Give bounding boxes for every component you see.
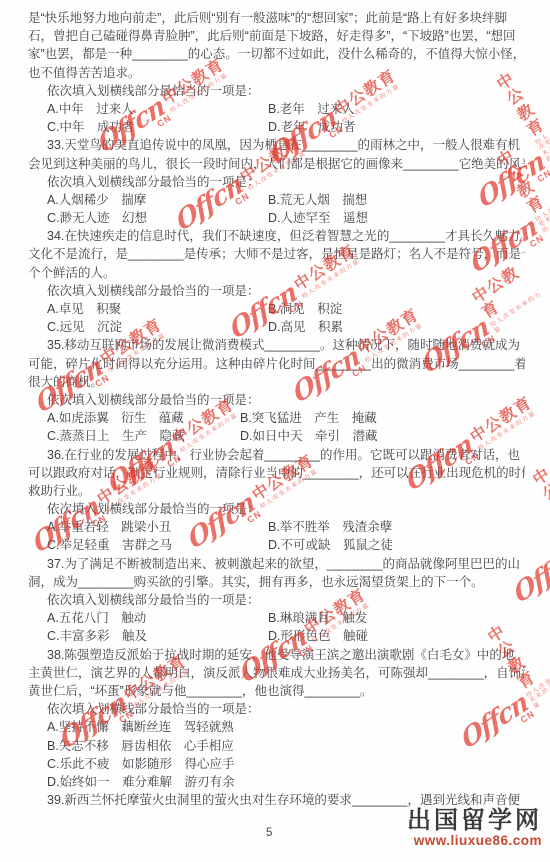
question-32-block: 是“快乐地努力地向前走”，此后则“别有一般滋味”的“想回家”；此前是“路上有好多… [28,9,525,136]
answer-option-b: B.矢志不移 唇齿相依 心手相应 [47,739,234,753]
stem-line: 文化不是流行，是________是传承；大师不是过客，是恒星是路灯；名人不是符号… [28,245,525,263]
site-logo: 出国留学网 www.liuxue86.com [407,809,542,848]
stem-line: 37.为了满足不断被制造出来、被刺激起来的欲望，________的商品就像阿里巴… [28,555,525,573]
answer-option-a: A.举重若轻 跳梁小丑 [47,518,268,536]
stem-line: 可能，碎片化时间得以充分运用。这种由碎片化时间________出的微消费市场__… [28,355,525,373]
page-number: 5 [266,827,272,839]
answer-option-c: C.乐此不疲 如影随形 得心应手 [47,757,235,771]
question-prompt: 依次填入划横线部分最恰当的一项是： [28,391,525,409]
stem-line: 35.移动互联网市场的发展让微消费模式________。这种情况下，随时随地消费… [28,336,525,354]
answer-option-b: B.琳琅满目 触发 [268,609,367,627]
answer-option-a: A.坚持不懈 藕断丝连 驾轻就熟 [47,720,234,734]
answer-option-c: C.中年 成功者 [47,118,268,136]
stem-line: 家”也罢，都是一种________的心态。一切都不过如此，没什么稀奇的，不值得大… [28,45,525,63]
stem-line: 会见到这种美丽的鸟儿，很长一段时间内，人们都是根据它的画像来________它绝… [28,155,525,173]
question-35-block: 35.移动互联网市场的发展让微消费模式________。这种情况下，随时随地消费… [28,336,525,445]
stem-line: 救助行业。 [28,482,525,500]
stem-line: 也不值得苦苦追求。 [28,64,525,82]
answer-option-a: A.如虎添翼 衍生 蕴藏 [47,409,240,427]
answer-option-d: D.始终如一 难分难解 游刃有余 [47,775,235,789]
question-prompt: 依次填入划横线部分最恰当的一项是： [28,591,525,609]
stem-line: 洞，成为________购买欲的引擎。其实，拥有再多，也永远渴望货架上的下一个。 [28,573,525,591]
stem-line: 33.天堂鸟的美直追传说中的凤凰，因为栖息在________的雨林之中，一般人很… [28,136,525,154]
stem-line: 38.陈强塑造反派始于抗战时期的延安，他受导演王滨之邀出演歌剧《白毛女》中的地 [28,646,525,664]
question-prompt: 依次填入划横线部分最恰当的一项是： [28,700,525,718]
watermark-brand-text: 中公教育 [530,465,550,536]
stem-line: 36.在行业的发展过程中，行业协会起着________的作用。它既可以跟消费者对… [28,446,525,464]
answer-option-d: D.人迹罕至 遥想 [268,209,368,227]
question-prompt: 依次填入划横线部分最恰当的一项是： [28,282,525,300]
watermark-slogan-text: 给人改变未来的力量 [525,675,550,711]
watermark-slogan-text: 给人改变未来的力量 [534,130,550,170]
answer-option-d: D.如日中天 牵引 潜藏 [240,427,378,445]
exam-text-content: 是“快乐地努力地向前走”，此后则“别有一般滋味”的“想回家”；此前是“路上有好多… [28,9,525,809]
answer-option-b: B.老年 过来人 [268,100,355,118]
answer-option-b: B.荒无人烟 揣想 [268,191,367,209]
stem-line: 34.在快速疾走的信息时代，我们不缺速度，但泛着智慧之光的________才具长… [28,227,525,245]
stem-line: 很大的商机。 [28,373,525,391]
answer-option-b: B.举不胜举 残渣余孽 [268,518,392,536]
question-36-block: 36.在行业的发展过程中，行业协会起着________的作用。它既可以跟消费者对… [28,446,525,555]
offcn-logo-cn: CN [536,168,550,184]
site-logo-url: www.liuxue86.com [407,834,542,848]
stem-line: 黄世仁后，“坏蛋”形象就与他________，他也演得________。 [28,682,525,700]
answer-option-d: D.不可或缺 狐鼠之徒 [268,536,393,554]
question-stem: 34.在快速疾走的信息时代，我们不缺速度，但泛着智慧之光的________才具长… [28,227,525,282]
question-prompt: 依次填入划横线部分最恰当的一项是： [28,500,525,518]
question-stem: 35.移动互联网市场的发展让微消费模式________。这种情况下，随时随地消费… [28,336,525,391]
question-prompt: 依次填入划横线部分最恰当的一项是： [28,82,525,100]
answer-option-c: C.渺无人迹 幻想 [47,209,268,227]
answer-option-d: D.老年 成功者 [268,118,356,136]
site-logo-name: 出国留学网 [407,809,542,833]
answer-option-d: D.高见 积累 [268,318,343,336]
question-stem: 37.为了满足不断被制造出来、被刺激起来的欲望，________的商品就像阿里巴… [28,555,525,591]
question-stem: 33.天堂鸟的美直追传说中的凤凰，因为栖息在________的雨林之中，一般人很… [28,136,525,172]
question-stem: 36.在行业的发展过程中，行业协会起着________的作用。它既可以跟消费者对… [28,446,525,501]
question-stem: 是“快乐地努力地向前走”，此后则“别有一般滋味”的“想回家”；此前是“路上有好多… [28,9,525,82]
answer-option-a: A.人烟稀少 揣摩 [47,191,268,209]
stem-line: 个个鲜活的人。 [28,264,525,282]
stem-line: 石，曾把自己磕碰得鼻青脸肿”，此后则“前面是下坡路，好走得多”，“下坡路”也罢，… [28,27,525,45]
question-34-block: 34.在快速疾走的信息时代，我们不缺速度，但泛着智慧之光的________才具长… [28,227,525,336]
answer-option-b: B.洞见 积淀 [268,300,342,318]
answer-option-c: C.远见 沉淀 [47,318,268,336]
scanned-exam-page: Offcn CN 中公教育 给人改变未来的力量 Offcn CN 中公教育 给人… [0,0,550,862]
question-stem: 38.陈强塑造反派始于抗战时期的延安，他受导演王滨之邀出演歌剧《白毛女》中的地主… [28,646,525,701]
question-33-block: 33.天堂鸟的美直追传说中的凤凰，因为栖息在________的雨林之中，一般人很… [28,136,525,227]
stem-line: 可以跟政府对话，制定行业规则，清除行业当中的________，还可以在行业出现危… [28,464,525,482]
answer-option-d: D.形形色色 触碰 [268,627,368,645]
offcn-logo-cn: CN [528,234,545,250]
answer-option-a: A.五花八门 触动 [47,609,268,627]
answer-option-c: C.蒸蒸日上 生产 隐藏 [47,427,240,445]
answer-option-c: C.举足轻重 害群之马 [47,536,268,554]
stem-line: 主黄世仁，演艺界的人都明白，演反派人物很难成大业扬美名，可陈强却________… [28,664,525,682]
answer-option-a: A.中年 过来人 [47,100,268,118]
question-38-block: 38.陈强塑造反派始于抗战时期的延安，他受导演王滨之邀出演歌剧《白毛女》中的地主… [28,646,525,792]
watermark-slogan-text: 给人改变未来的力量 [534,205,550,236]
stem-line: 是“快乐地努力地向前走”，此后则“别有一般滋味”的“想回家”；此前是“路上有好多… [28,9,525,27]
answer-option-b: B.突飞猛进 产生 掩藏 [240,409,377,427]
answer-option-c: C.丰富多彩 触及 [47,627,268,645]
question-prompt: 依次填入划横线部分最恰当的一项是： [28,173,525,191]
question-37-block: 37.为了满足不断被制造出来、被刺激起来的欲望，________的商品就像阿里巴… [28,555,525,646]
answer-option-a: A.卓见 积聚 [47,300,268,318]
